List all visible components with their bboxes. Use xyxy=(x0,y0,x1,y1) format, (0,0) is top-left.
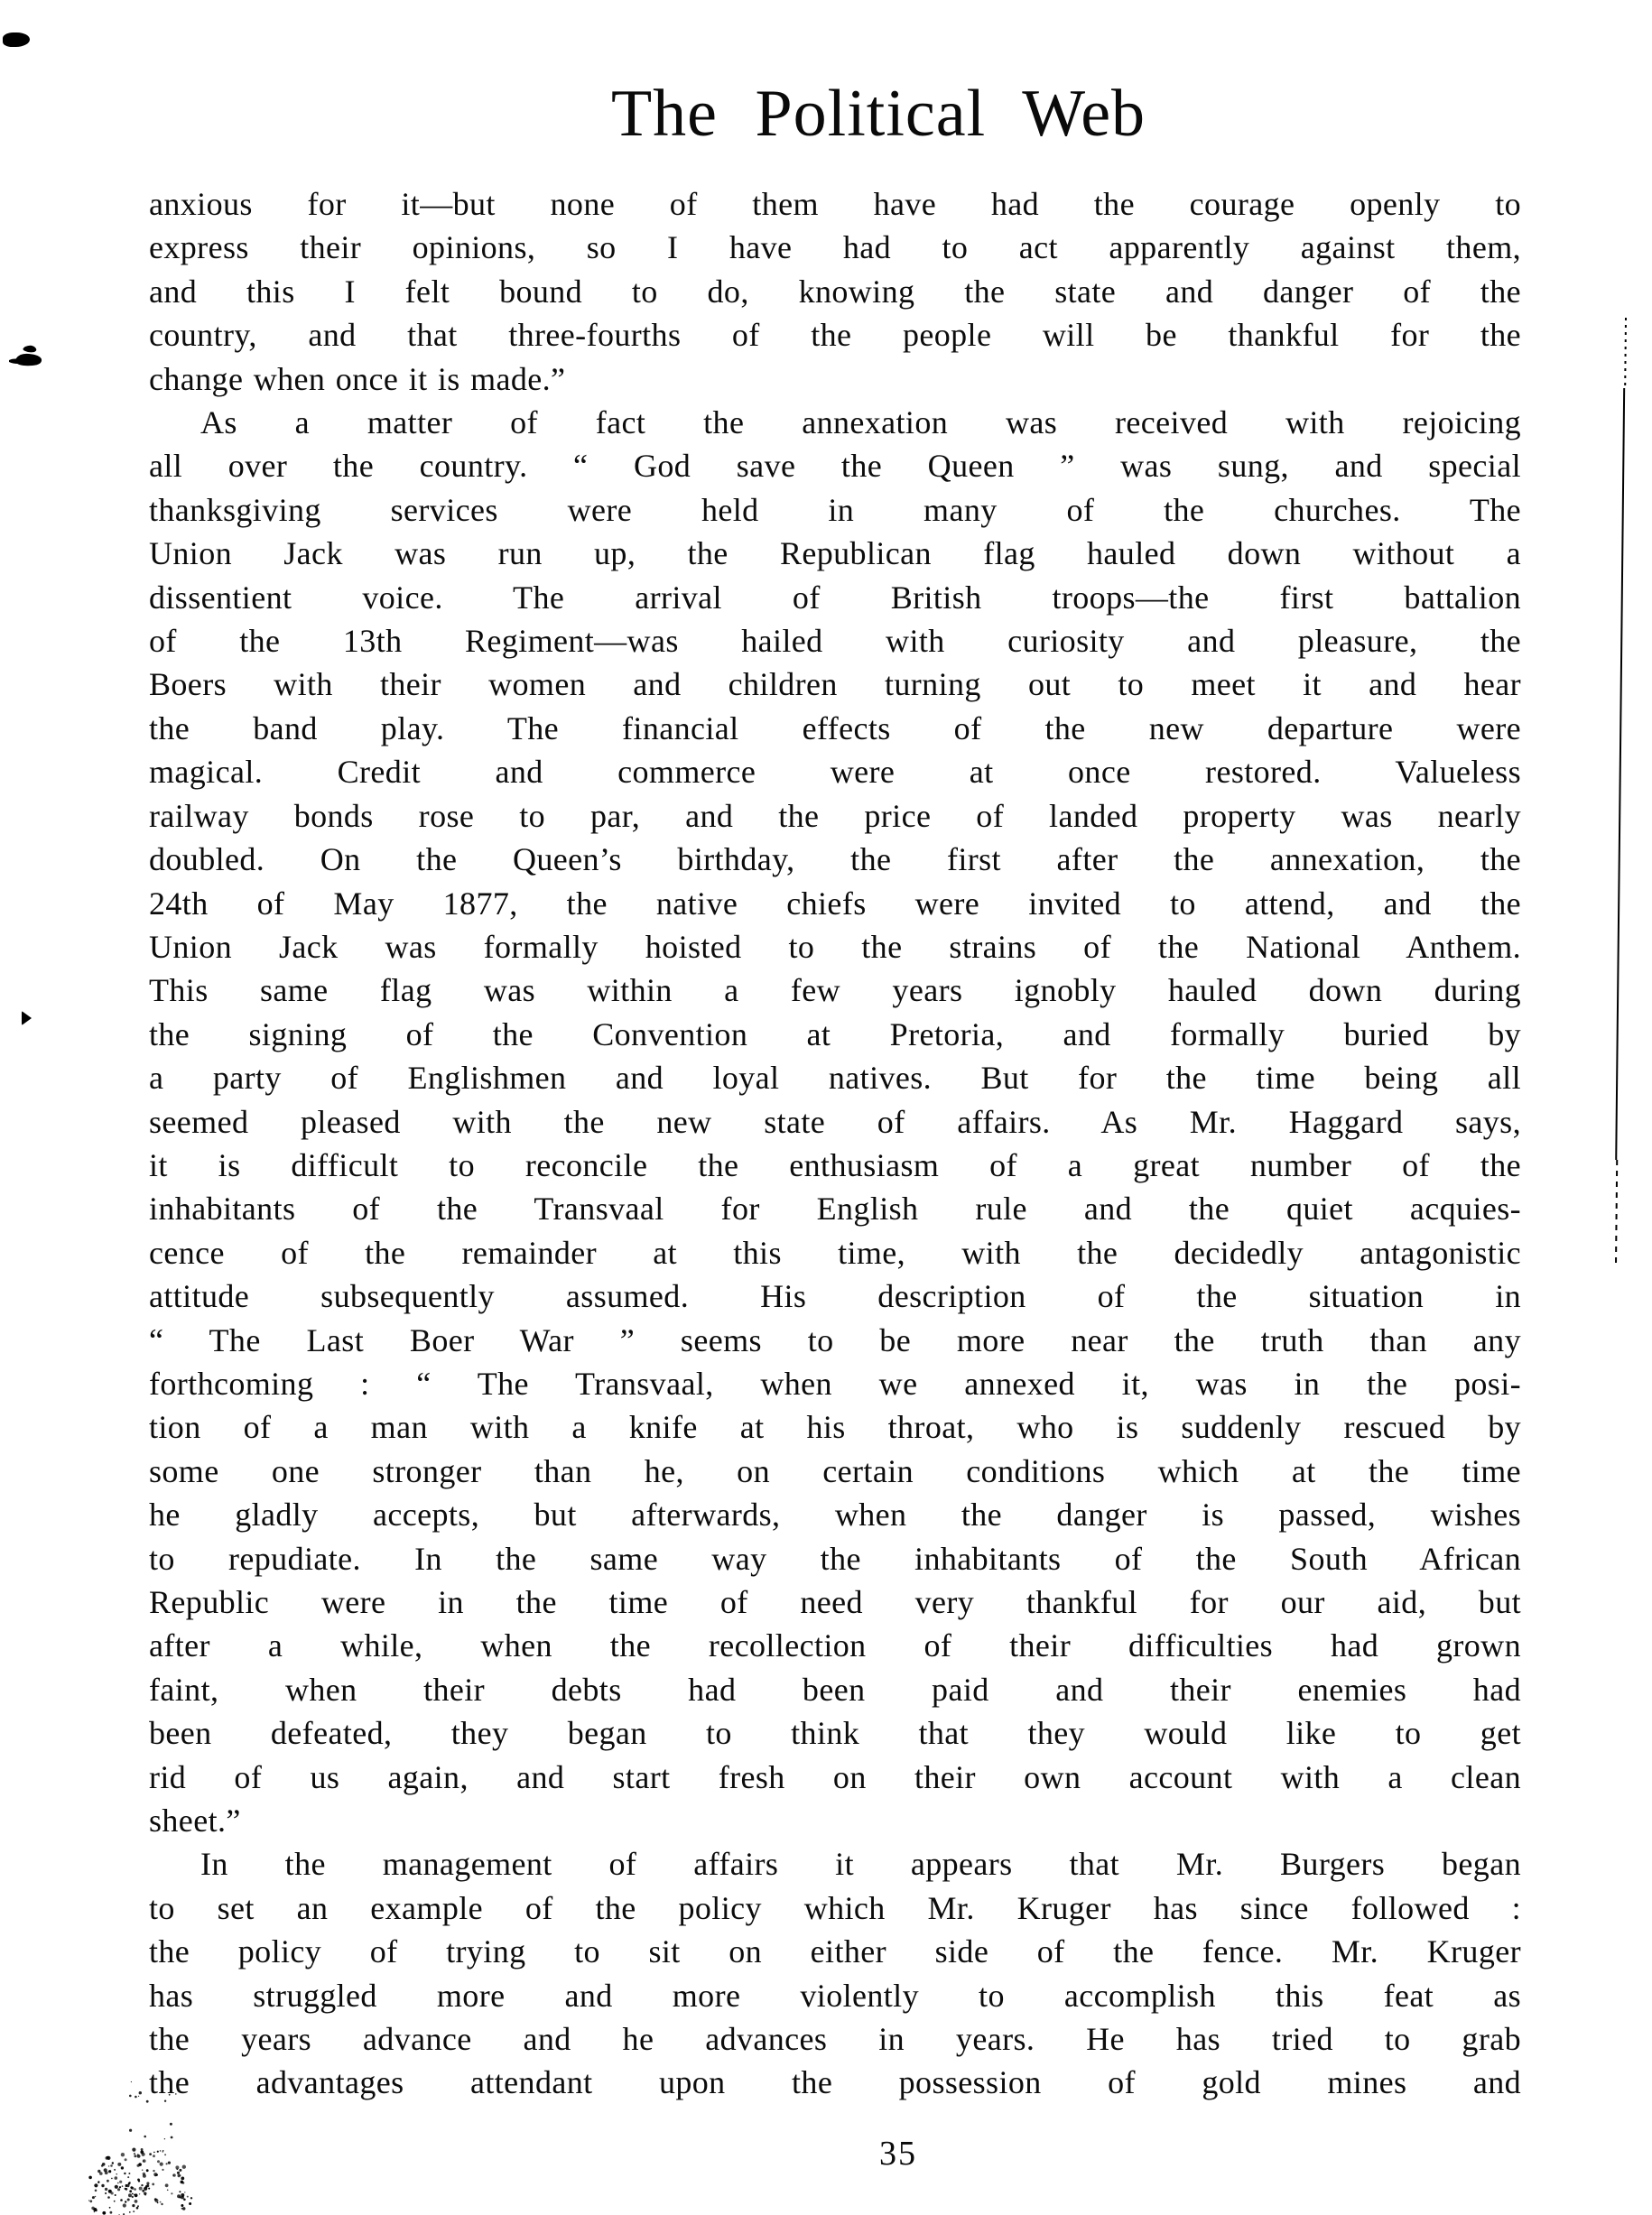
text-line: In the management of affairs it appears … xyxy=(149,1842,1521,1886)
text-line: rid of us again, and start fresh on thei… xyxy=(149,1756,1521,1799)
text-line: railway bonds rose to par, and the price… xyxy=(149,794,1521,838)
ink-mark-icon xyxy=(22,1011,32,1025)
scan-line-dotted-segment xyxy=(1624,318,1626,388)
text-line: the policy of trying to sit on either si… xyxy=(149,1930,1521,1973)
paragraph: anxious for it—but none of them have had… xyxy=(149,182,1521,401)
text-line: a party of Englishmen and loyal natives.… xyxy=(149,1056,1521,1099)
text-line: doubled. On the Queen’s birthday, the fi… xyxy=(149,838,1521,881)
text-line: inhabitants of the Transvaal for English… xyxy=(149,1187,1521,1230)
text-line: Union Jack was run up, the Republican fl… xyxy=(149,532,1521,575)
text-line: “ The Last Boer War ” seems to be more n… xyxy=(149,1319,1521,1362)
text-line: Republic were in the time of need very t… xyxy=(149,1580,1521,1624)
text-line: has struggled more and more violently to… xyxy=(149,1974,1521,2017)
text-line: the band play. The financial effects of … xyxy=(149,707,1521,750)
scan-line-solid-segment xyxy=(1615,388,1625,1160)
text-line: to repudiate. In the same way the inhabi… xyxy=(149,1537,1521,1580)
text-line: after a while, when the recollection of … xyxy=(149,1624,1521,1667)
body-text: anxious for it—but none of them have had… xyxy=(149,182,1521,2105)
text-line: As a matter of fact the annexation was r… xyxy=(149,401,1521,444)
text-line: to set an example of the policy which Mr… xyxy=(149,1886,1521,1930)
text-line: faint, when their debts had been paid an… xyxy=(149,1668,1521,1711)
text-line: sheet.” xyxy=(149,1799,1521,1842)
text-line: dissentient voice. The arrival of Britis… xyxy=(149,576,1521,619)
text-line: cence of the remainder at this time, wit… xyxy=(149,1231,1521,1274)
ink-speckle-bottom-left xyxy=(50,2076,230,2215)
text-line: country, and that three-fourths of the p… xyxy=(149,313,1521,357)
text-line: express their opinions, so I have had to… xyxy=(149,226,1521,269)
ink-smudge-icon xyxy=(7,344,54,367)
text-line: been defeated, they began to think that … xyxy=(149,1711,1521,1755)
text-line: This same flag was within a few years ig… xyxy=(149,968,1521,1012)
scan-line-dashed-segment xyxy=(1615,1160,1618,1267)
text-line: magical. Credit and commerce were at onc… xyxy=(149,750,1521,793)
text-line: forthcoming : “ The Transvaal, when we a… xyxy=(149,1362,1521,1405)
scan-line-right-edge xyxy=(1614,318,1627,1267)
text-line: of the 13th Regiment—was hailed with cur… xyxy=(149,619,1521,663)
text-line: anxious for it—but none of them have had… xyxy=(149,182,1521,226)
text-line: he gladly accepts, but afterwards, when … xyxy=(149,1493,1521,1536)
paragraph: In the management of affairs it appears … xyxy=(149,1842,1521,2104)
page-title: The Political Web xyxy=(611,76,1146,153)
text-line: some one stronger than he, on certain co… xyxy=(149,1450,1521,1493)
text-line: all over the country. “ God save the Que… xyxy=(149,444,1521,487)
text-line: attitude subsequently assumed. His descr… xyxy=(149,1274,1521,1318)
text-line: and this I felt bound to do, knowing the… xyxy=(149,270,1521,313)
ink-blob-icon xyxy=(3,32,30,47)
text-line: the advantages attendant upon the posses… xyxy=(149,2061,1521,2104)
paragraph: As a matter of fact the annexation was r… xyxy=(149,401,1521,1842)
text-line: the years advance and he advances in yea… xyxy=(149,2017,1521,2061)
text-line: 24th of May 1877, the native chiefs were… xyxy=(149,882,1521,925)
page-number: 35 xyxy=(879,2134,917,2173)
text-line: tion of a man with a knife at his throat… xyxy=(149,1405,1521,1449)
text-line: change when once it is made.” xyxy=(149,357,1521,401)
text-line: it is difficult to reconcile the enthusi… xyxy=(149,1144,1521,1187)
text-line: the signing of the Convention at Pretori… xyxy=(149,1013,1521,1056)
text-line: Boers with their women and children turn… xyxy=(149,663,1521,706)
text-line: Union Jack was formally hoisted to the s… xyxy=(149,925,1521,968)
text-line: thanksgiving services were held in many … xyxy=(149,488,1521,532)
text-line: seemed pleased with the new state of aff… xyxy=(149,1100,1521,1144)
